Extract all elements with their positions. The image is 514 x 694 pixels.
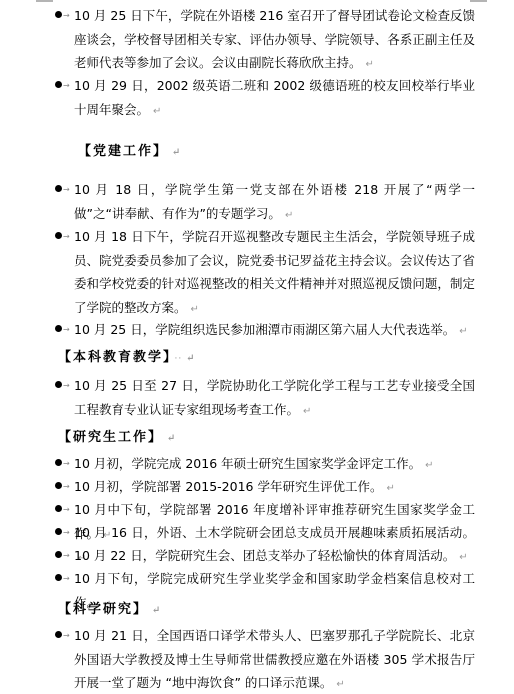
section-heading-party-building: 【党建工作】↵ bbox=[78, 140, 182, 159]
list-item: → 10 月 22 日，学院研究生会、团总支举办了轻松愉快的体育周活动。↵ bbox=[55, 544, 475, 570]
bullet-icon: → bbox=[55, 178, 75, 202]
paragraph-mark-icon: ↵ bbox=[152, 605, 162, 616]
bullet-icon: → bbox=[55, 544, 75, 568]
bullet-icon: → bbox=[55, 624, 75, 648]
paragraph-mark-icon: ↵ bbox=[285, 210, 293, 221]
list-item-text: 10 月初，学院部署 2015-2016 学年研究生评优工作。 bbox=[74, 479, 382, 494]
section-heading-graduate-work: 【研究生工作】↵ bbox=[58, 426, 177, 445]
list-item-text: 10 月 18 日下午，学院召开巡视整改专题民主生活会，学院领导班子成员、院党委… bbox=[74, 229, 475, 315]
list-item: → 10 月 25 日下午，学院在外语楼 216 室召开了督导团试卷论文检查反馈… bbox=[55, 4, 475, 77]
list-item-text: 10 月 25 日至 27 日，学院协助化工学院化学工程与工艺专业接受全国工程教… bbox=[74, 378, 475, 417]
paragraph-mark-icon: ↵ bbox=[386, 483, 394, 494]
list-item: → 10 月 25 日至 27 日，学院协助化工学院化学工程与工艺专业接受全国工… bbox=[55, 374, 475, 423]
bullet-icon: → bbox=[55, 475, 75, 499]
bullet-icon: → bbox=[55, 498, 75, 522]
list-item-text: 10 月 25 日，学院组织选民参加湘潭市雨湖区第六届人大代表选举。 bbox=[74, 322, 455, 337]
bullet-icon: → bbox=[55, 374, 75, 398]
list-item: → 10 月 25 日，学院组织选民参加湘潭市雨湖区第六届人大代表选举。↵ bbox=[55, 318, 475, 344]
paragraph-mark-icon: ↵ bbox=[459, 552, 467, 563]
bullet-icon: → bbox=[55, 74, 75, 98]
paragraph-mark-icon: ↵ bbox=[336, 679, 344, 690]
list-item: → 10 月 21 日，全国西语口译学术带头人、巴塞罗那孔子学院院长、北京外国语… bbox=[55, 624, 475, 694]
paragraph-mark-icon: ↵ bbox=[459, 326, 467, 337]
list-item-text: 10 月初，学院完成 2016 年硕士研究生国家奖学金评定工作。 bbox=[74, 456, 421, 471]
paragraph-mark-icon: ↵ bbox=[186, 353, 196, 364]
list-item: → 10 月 18 日下午，学院召开巡视整改专题民主生活会，学院领导班子成员、院… bbox=[55, 225, 475, 321]
paragraph-mark-icon: ↵ bbox=[303, 406, 311, 417]
bullet-icon: → bbox=[55, 521, 75, 545]
list-item-text: 10 月 22 日，学院研究生会、团总支举办了轻松愉快的体育周活动。 bbox=[74, 548, 455, 563]
paragraph-mark-icon: ↵ bbox=[172, 147, 182, 158]
bullet-icon: → bbox=[55, 318, 75, 342]
list-item-text: 10 月 29 日，2002 级英语二班和 2002 级德语班的校友回校举行毕业… bbox=[74, 78, 475, 117]
list-item: → 10 月初，学院部署 2015-2016 学年研究生评优工作。↵ bbox=[55, 475, 475, 501]
paragraph-mark-icon: ↵ bbox=[425, 460, 433, 471]
list-item-text: 10 月 16 日，外语、土木学院研会团总支成员开展趣味素质拓展活动。 bbox=[74, 525, 475, 540]
list-item-text: 10 月 25 日下午，学院在外语楼 216 室召开了督导团试卷论文检查反馈座谈… bbox=[74, 8, 475, 70]
page-margin-mark-right bbox=[470, 0, 487, 2]
paragraph-mark-icon: ↵ bbox=[191, 304, 199, 315]
paragraph-mark-icon: ↵ bbox=[366, 59, 374, 70]
bullet-icon: → bbox=[55, 452, 75, 476]
section-heading-scientific-research: 【科学研究】↵ bbox=[58, 598, 162, 617]
list-item: → 10 月初，学院完成 2016 年硕士研究生国家奖学金评定工作。↵ bbox=[55, 452, 475, 478]
section-heading-undergraduate-teaching: 【本科教育教学】··↵ bbox=[58, 346, 197, 365]
bullet-icon: → bbox=[55, 4, 75, 28]
page-margin-mark-left bbox=[36, 0, 53, 2]
list-item-text: 10 月 18 日，学院学生第一党支部在外语楼 218 开展了“两学一做”之“讲… bbox=[74, 182, 475, 221]
list-item-text: 10 月 21 日，全国西语口译学术带头人、巴塞罗那孔子学院院长、北京外国语大学… bbox=[74, 628, 475, 690]
list-item: → 10 月 29 日，2002 级英语二班和 2002 级德语班的校友回校举行… bbox=[55, 74, 475, 123]
bullet-icon: → bbox=[55, 567, 75, 591]
paragraph-mark-icon: ↵ bbox=[153, 106, 161, 117]
paragraph-mark-icon: ↵ bbox=[167, 433, 177, 444]
list-item: → 10 月 18 日，学院学生第一党支部在外语楼 218 开展了“两学一做”之… bbox=[55, 178, 475, 227]
bullet-icon: → bbox=[55, 225, 75, 249]
